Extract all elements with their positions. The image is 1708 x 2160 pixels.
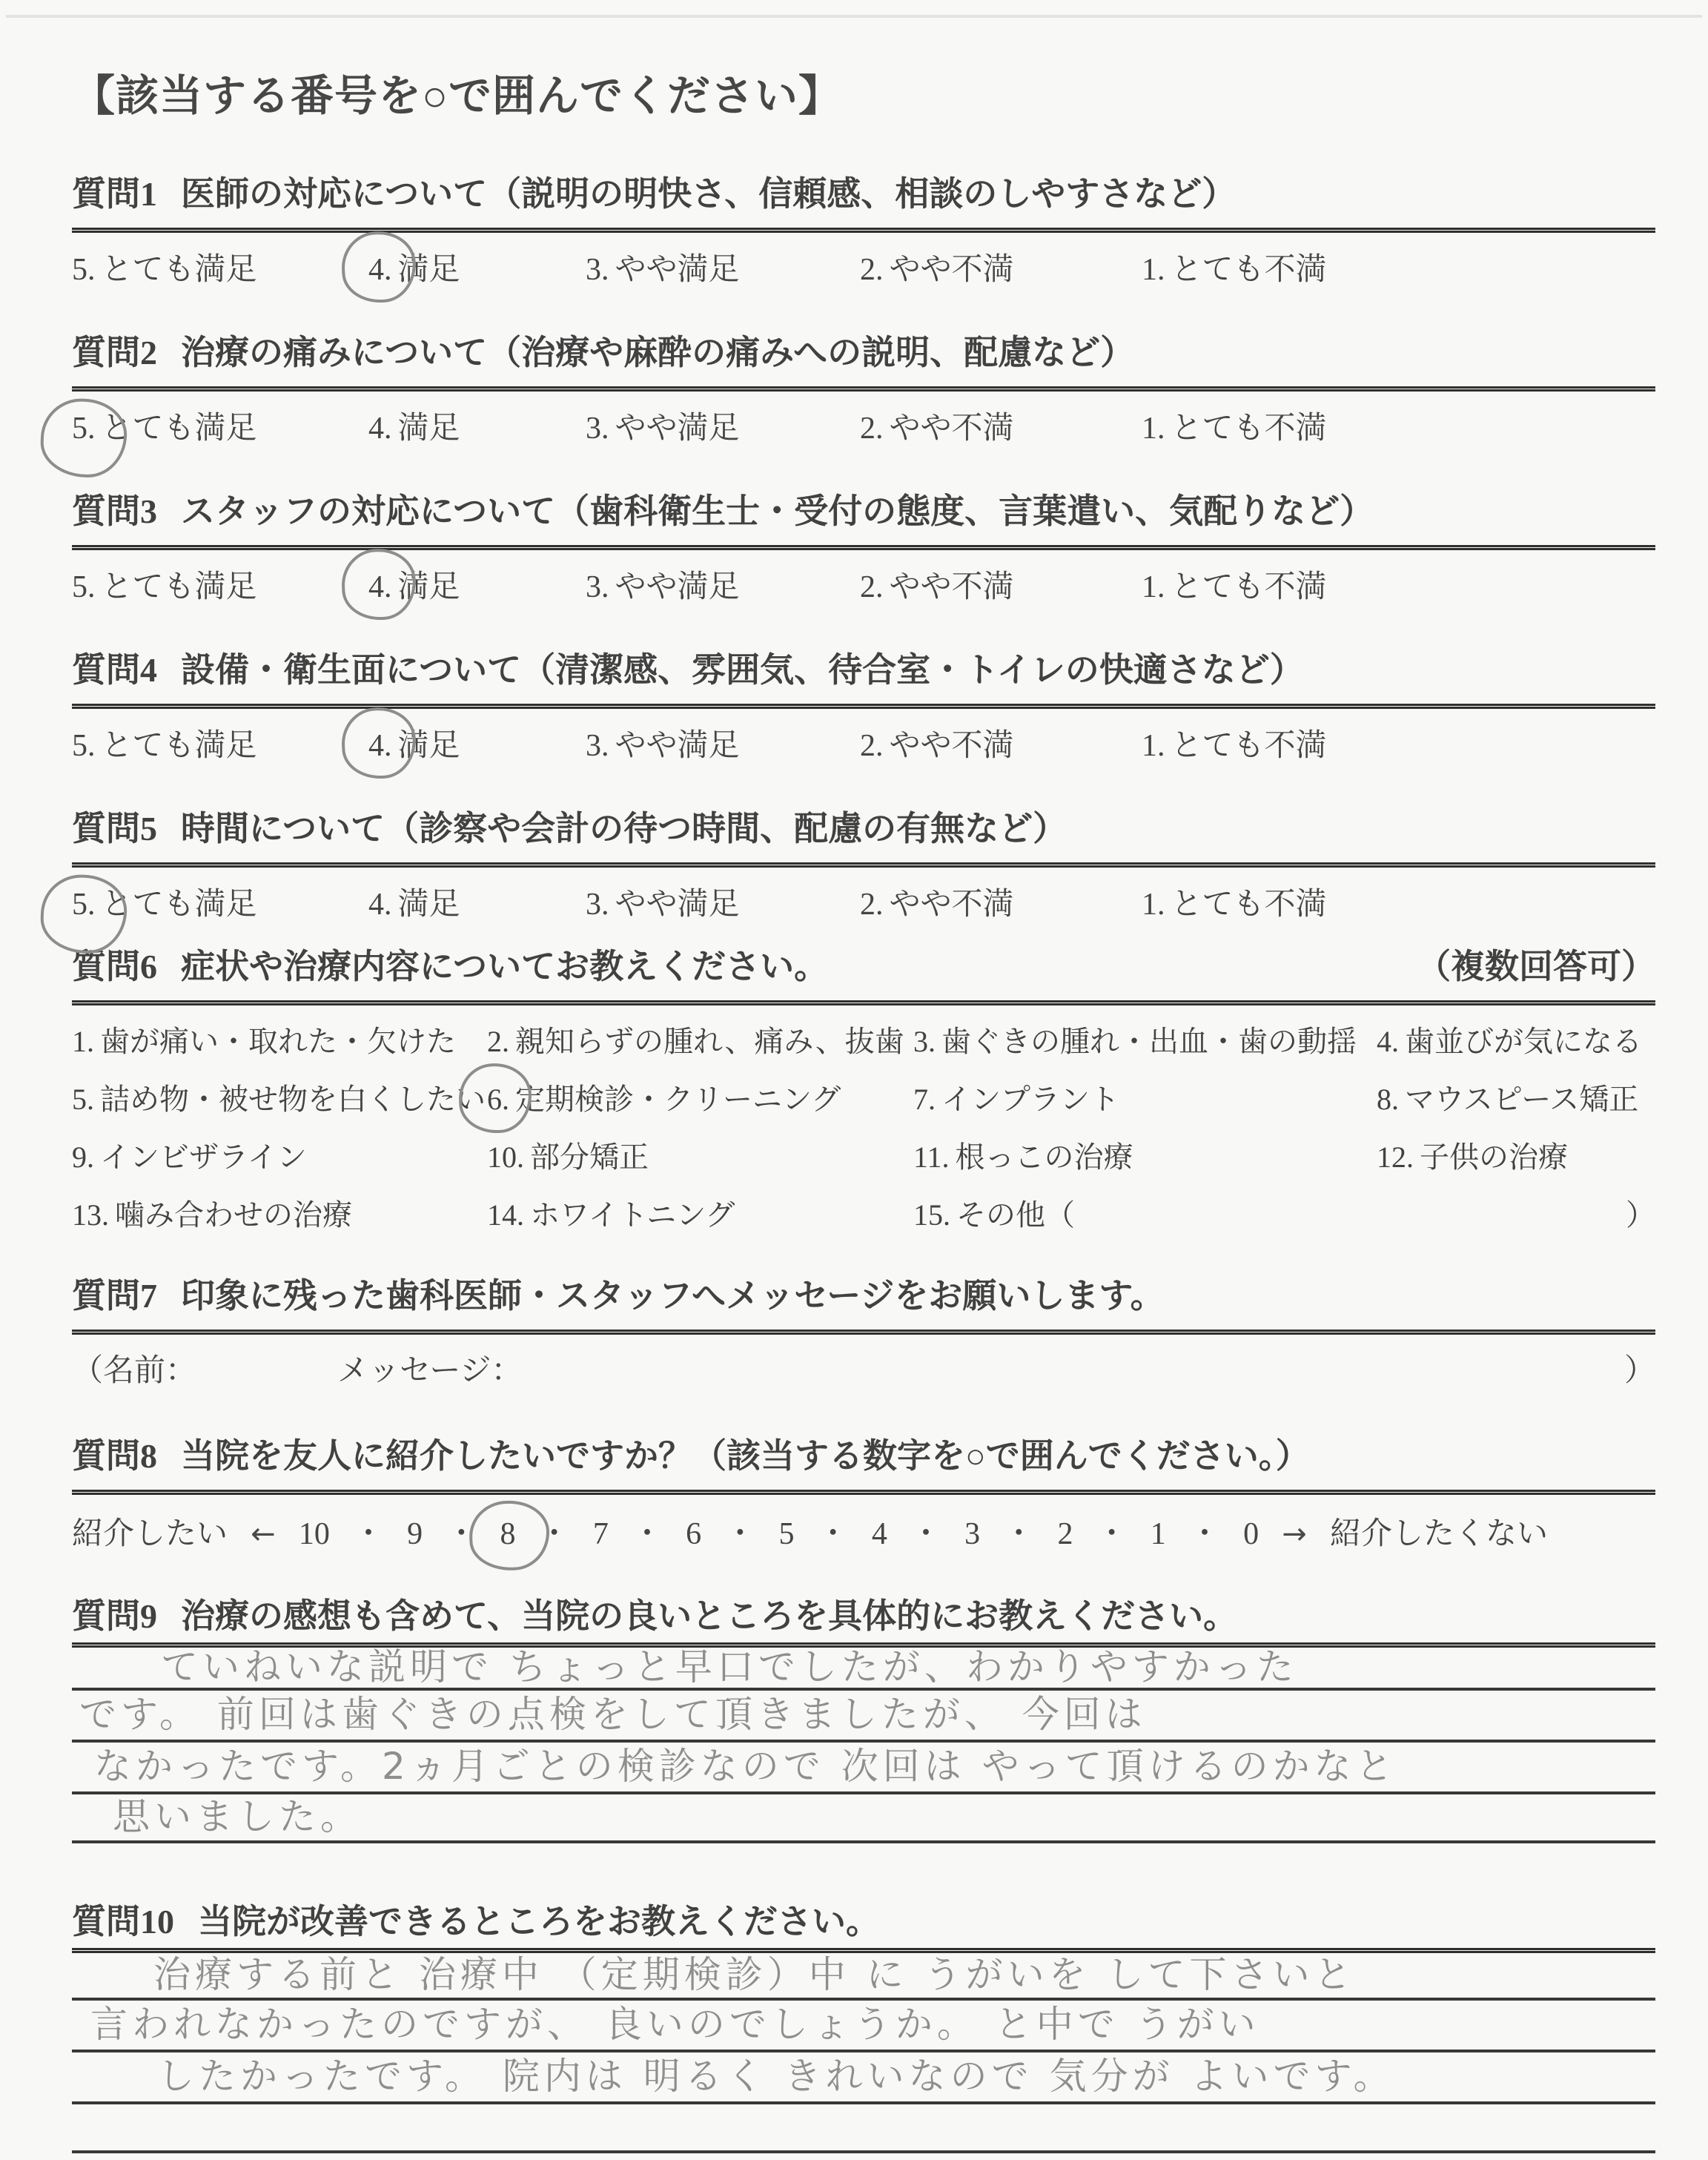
- option-number: 3.: [586, 251, 609, 289]
- rating-option-4: 4.満足: [368, 251, 586, 289]
- rating-option-5: 5.とても満足: [72, 409, 368, 448]
- question-1-heading: 質問1 医師の対応について（説明の明快さ、信頼感、相談のしやすさなど）: [72, 174, 1655, 214]
- rating-options: 5.とても満足 4.満足 3.やや満足 2.やや不満 1.とても不満: [72, 409, 1655, 448]
- option-label: マウスピース矯正: [1405, 1081, 1638, 1118]
- option-number: 2.: [860, 409, 884, 448]
- rating-option-1: 1.とても不満: [1142, 251, 1327, 289]
- handwritten-answer-line: ていねいな説明で ちょっと早口でしたが、わかりやすかった: [72, 1648, 1655, 1691]
- nps-right-label: 紹介したくない: [1330, 1514, 1548, 1554]
- option-number: 5.: [72, 727, 96, 765]
- option-label: ホワイトニング: [530, 1197, 735, 1234]
- option-number: 12.: [1377, 1139, 1414, 1176]
- option-label: インプラント: [941, 1081, 1119, 1118]
- rating-options: 5.とても満足 4.満足 3.やや満足 2.やや不満 1.とても不満: [72, 727, 1655, 765]
- rating-option-2: 2.やや不満: [860, 409, 1142, 448]
- symptom-option-3: 3.歯ぐきの腫れ・出血・歯の動揺: [913, 1023, 1377, 1060]
- question-3-heading: 質問3 スタッフの対応について（歯科衛生士・受付の態度、言葉遣い、気配りなど）: [72, 491, 1655, 532]
- option-label: 満足: [398, 251, 460, 289]
- question-topic: 症状や治療内容についてお教えください。: [181, 948, 828, 985]
- question-topic: 治療の痛みについて（治療や麻酔の痛みへの説明、配慮など）: [181, 332, 1134, 373]
- symptom-option-12: 12.子供の治療: [1377, 1139, 1655, 1176]
- option-number: 1.: [1142, 251, 1165, 289]
- option-number: 4.: [368, 409, 392, 448]
- dot-separator: ・: [1189, 1514, 1220, 1554]
- rating-options: 5.とても満足 4.満足 3.やや満足 2.やや不満 1.とても不満: [72, 251, 1655, 289]
- nps-number-6: 6: [686, 1514, 701, 1554]
- nps-number-1: 1: [1151, 1514, 1166, 1554]
- option-label: 部分矯正: [530, 1139, 649, 1176]
- right-arrow-icon: →: [1282, 1514, 1307, 1554]
- option-number: 13.: [72, 1197, 109, 1234]
- option-number: 15.: [913, 1197, 950, 1234]
- nps-number-7: 7: [593, 1514, 609, 1554]
- question-6: 質問6症状や治療内容についてお教えください。 （複数回答可） 1.歯が痛い・取れ…: [72, 946, 1655, 1255]
- nps-number-0: 0: [1243, 1514, 1259, 1554]
- option-number: 5.: [72, 251, 96, 289]
- option-label: 詰め物・被せ物を白くしたい: [100, 1081, 486, 1118]
- option-label: とても満足: [102, 885, 257, 924]
- nps-number-5: 5: [778, 1514, 794, 1554]
- question-2: 質問2 治療の痛みについて（治療や麻酔の痛みへの説明、配慮など） 5.とても満足…: [72, 332, 1655, 448]
- symptom-option-9: 9.インビザライン: [72, 1139, 487, 1176]
- option-number: 5.: [72, 1081, 94, 1118]
- option-label: とても不満: [1171, 727, 1327, 765]
- heading-rule: [72, 862, 1655, 868]
- dot-separator: ・: [539, 1514, 570, 1554]
- rating-options: 5.とても満足 4.満足 3.やや満足 2.やや不満 1.とても不満: [72, 568, 1655, 607]
- rating-option-2: 2.やや不満: [860, 568, 1142, 607]
- question-topic: 当院が改善できるところをお教えください。: [198, 1901, 880, 1942]
- option-label: 満足: [398, 568, 460, 607]
- option-label: とても満足: [102, 727, 257, 765]
- question-topic: 医師の対応について（説明の明快さ、信頼感、相談のしやすさなど）: [181, 174, 1236, 214]
- question-7-heading: 質問7 印象に残った歯科医師・スタッフへメッセージをお願いします。: [72, 1275, 1655, 1316]
- option-label: やや不満: [890, 885, 1014, 924]
- symptom-option-11: 11.根っこの治療: [913, 1139, 1377, 1176]
- option-number: 6.: [487, 1081, 509, 1118]
- heading-rule: [72, 704, 1655, 709]
- nps-left-label: 紹介したい: [72, 1514, 228, 1554]
- option-label: やや不満: [890, 568, 1014, 607]
- rating-option-5: 5.とても満足: [72, 251, 368, 289]
- symptom-option-7: 7.インプラント: [913, 1081, 1377, 1118]
- nps-number-4: 4: [872, 1514, 887, 1554]
- question-number: 質問6: [72, 948, 157, 985]
- rating-option-3: 3.やや満足: [586, 568, 860, 607]
- rating-options: 5.とても満足 4.満足 3.やや満足 2.やや不満 1.とても不満: [72, 885, 1655, 924]
- option-number: 14.: [487, 1197, 524, 1234]
- heading-rule: [72, 228, 1655, 233]
- option-label: とても不満: [1171, 568, 1327, 607]
- symptom-options-grid: 1.歯が痛い・取れた・欠けた 2.親知らずの腫れ、痛み、抜歯 3.歯ぐきの腫れ・…: [72, 1023, 1655, 1255]
- symptom-option-14: 14.ホワイトニング: [487, 1197, 913, 1234]
- message-label: メッセージ：: [337, 1353, 522, 1390]
- question-topic: スタッフの対応について（歯科衛生士・受付の態度、言葉遣い、気配りなど）: [181, 491, 1374, 532]
- question-topic: 印象に残った歯科医師・スタッフへメッセージをお願いします。: [181, 1275, 1165, 1316]
- option-label: その他（: [956, 1197, 1075, 1234]
- handwritten-answer-line: 思いました。: [72, 1794, 1655, 1843]
- dot-separator: ・: [910, 1514, 941, 1554]
- message-blank-field: [523, 1353, 1624, 1390]
- nps-number-2: 2: [1057, 1514, 1073, 1554]
- option-number: 2.: [860, 885, 884, 924]
- question-9: 質問9 治療の感想も含めて、当院の良いところを具体的にお教えください。 ていねい…: [72, 1596, 1655, 1843]
- rating-option-5: 5.とても満足: [72, 885, 368, 924]
- option-number: 4.: [1377, 1023, 1399, 1060]
- question-5-heading: 質問5 時間について（診察や会計の待つ時間、配慮の有無など）: [72, 808, 1655, 849]
- question-number: 質問10: [72, 1901, 174, 1942]
- option-label: インビザライン: [100, 1139, 307, 1176]
- question-topic: 当院を友人に紹介したいですか？（該当する数字を○で囲んでください。）: [181, 1436, 1310, 1476]
- dot-separator: ・: [1003, 1514, 1034, 1554]
- rating-option-5: 5.とても満足: [72, 727, 368, 765]
- nps-number-3: 3: [964, 1514, 980, 1554]
- nps-number-8: 8: [500, 1514, 516, 1554]
- question-10: 質問10 当院が改善できるところをお教えください。 治療する前と 治療中 （定期…: [72, 1901, 1655, 2153]
- option-label: やや満足: [615, 568, 740, 607]
- handwritten-answer-line: [72, 2104, 1655, 2153]
- option-number: 4.: [368, 251, 392, 289]
- rating-option-1: 1.とても不満: [1142, 409, 1327, 448]
- question-number: 質問1: [72, 174, 157, 214]
- nps-scale-row: 紹介したい ← 10 ・ 9 ・ 8 ・ 7 ・ 6 ・ 5 ・ 4 ・ 3 ・…: [72, 1514, 1655, 1554]
- question-8: 質問8 当院を友人に紹介したいですか？（該当する数字を○で囲んでください。） 紹…: [72, 1436, 1655, 1554]
- rating-option-4: 4.満足: [368, 568, 586, 607]
- multi-answer-note: （複数回答可）: [1417, 946, 1655, 987]
- heading-rule: [72, 1490, 1655, 1495]
- dot-separator: ・: [446, 1514, 477, 1554]
- dot-separator: ・: [724, 1514, 755, 1554]
- option-number: 7.: [913, 1081, 936, 1118]
- option-label: とても不満: [1171, 409, 1327, 448]
- handwritten-answer-line: したかったです。 院内は 明るく きれいなので 気分が よいです。: [72, 2052, 1655, 2104]
- rating-option-1: 1.とても不満: [1142, 885, 1327, 924]
- dot-separator: ・: [353, 1514, 384, 1554]
- question-1: 質問1 医師の対応について（説明の明快さ、信頼感、相談のしやすさなど） 5.とて…: [72, 174, 1655, 289]
- option-label: 子供の治療: [1420, 1139, 1568, 1176]
- rating-option-3: 3.やや満足: [586, 885, 860, 924]
- question-number: 質問4: [72, 650, 157, 690]
- handwritten-answer-line: 言われなかったのですが、 良いのでしょうか。 と中で うがい: [72, 2001, 1655, 2052]
- question-4: 質問4 設備・衛生面について（清潔感、雰囲気、待合室・トイレの快適さなど） 5.…: [72, 650, 1655, 765]
- survey-sheet: 【該当する番号を○で囲んでください】 質問1 医師の対応について（説明の明快さ、…: [0, 0, 1708, 2153]
- rating-option-1: 1.とても不満: [1142, 568, 1327, 607]
- symptom-option-1: 1.歯が痛い・取れた・欠けた: [72, 1023, 487, 1060]
- question-topic: 治療の感想も含めて、当院の良いところを具体的にお教えください。: [181, 1596, 1237, 1636]
- option-number: 3.: [586, 409, 609, 448]
- option-label: やや不満: [890, 409, 1014, 448]
- name-message-row: （名前： メッセージ： ）: [72, 1353, 1655, 1390]
- option-number: 10.: [487, 1139, 524, 1176]
- option-number: 1.: [1142, 568, 1165, 607]
- option-label: やや満足: [615, 409, 740, 448]
- other-close-paren: ）: [1626, 1197, 1655, 1234]
- left-arrow-icon: ←: [251, 1514, 276, 1554]
- option-label: やや不満: [890, 727, 1014, 765]
- rating-option-3: 3.やや満足: [586, 409, 860, 448]
- option-label: 歯並びが気になる: [1405, 1023, 1642, 1060]
- question-number: 質問9: [72, 1596, 157, 1636]
- heading-rule: [72, 545, 1655, 550]
- rating-option-4: 4.満足: [368, 885, 586, 924]
- option-label: とても満足: [102, 568, 257, 607]
- option-number: 5.: [72, 568, 96, 607]
- option-number: 9.: [72, 1139, 94, 1176]
- heading-rule: [72, 1000, 1655, 1005]
- scan-edge-line: [6, 15, 1702, 18]
- option-number: 11.: [913, 1139, 950, 1176]
- option-number: 1.: [1142, 409, 1165, 448]
- heading-rule: [72, 386, 1655, 392]
- question-number: 質問5: [72, 808, 157, 849]
- dot-separator: ・: [1096, 1514, 1128, 1554]
- rating-option-3: 3.やや満足: [586, 251, 860, 289]
- option-label: 満足: [398, 885, 460, 924]
- option-label: 定期検診・クリーニング: [515, 1081, 841, 1118]
- option-number: 3.: [586, 568, 609, 607]
- option-label: やや満足: [615, 251, 740, 289]
- option-number: 8.: [1377, 1081, 1399, 1118]
- option-label: やや満足: [615, 885, 740, 924]
- option-label: やや満足: [615, 727, 740, 765]
- option-number: 1.: [1142, 885, 1165, 924]
- question-topic: 時間について（診察や会計の待つ時間、配慮の有無など）: [181, 808, 1067, 849]
- option-number: 2.: [860, 251, 884, 289]
- question-8-heading: 質問8 当院を友人に紹介したいですか？（該当する数字を○で囲んでください。）: [72, 1436, 1655, 1476]
- option-label: 満足: [398, 409, 460, 448]
- option-number: 2.: [487, 1023, 509, 1060]
- question-number: 質問3: [72, 491, 157, 532]
- option-number: 3.: [913, 1023, 936, 1060]
- option-number: 4.: [368, 727, 392, 765]
- option-label: やや不満: [890, 251, 1014, 289]
- option-number: 4.: [368, 885, 392, 924]
- option-number: 1.: [1142, 727, 1165, 765]
- option-label: 満足: [398, 727, 460, 765]
- question-number: 質問2: [72, 332, 157, 373]
- question-heading-left: 質問6症状や治療内容についてお教えください。: [72, 946, 828, 987]
- option-number: 1.: [72, 1023, 94, 1060]
- option-number: 3.: [586, 885, 609, 924]
- nps-number-10: 10: [299, 1514, 330, 1554]
- dot-separator: ・: [818, 1514, 849, 1554]
- option-label: とても満足: [102, 409, 257, 448]
- rating-option-5: 5.とても満足: [72, 568, 368, 607]
- symptom-option-8: 8.マウスピース矯正: [1377, 1081, 1655, 1118]
- rating-option-1: 1.とても不満: [1142, 727, 1327, 765]
- question-number: 質問7: [72, 1275, 157, 1316]
- symptom-option-6: 6.定期検診・クリーニング: [487, 1081, 913, 1118]
- option-number: 5.: [72, 885, 96, 924]
- handwritten-answer-line: なかったです。2ヵ月ごとの検診なので 次回は やって頂けるのかなと: [72, 1743, 1655, 1794]
- symptom-option-2: 2.親知らずの腫れ、痛み、抜歯: [487, 1023, 913, 1060]
- option-label: とても不満: [1171, 251, 1327, 289]
- option-number: 4.: [368, 568, 392, 607]
- question-6-heading: 質問6症状や治療内容についてお教えください。 （複数回答可）: [72, 946, 1655, 987]
- rating-option-2: 2.やや不満: [860, 885, 1142, 924]
- dot-separator: ・: [632, 1514, 663, 1554]
- handwritten-answer-line: です。 前回は歯ぐきの点検をして頂きましたが、 今回は: [72, 1691, 1655, 1743]
- symptom-option-5: 5.詰め物・被せ物を白くしたい: [72, 1081, 487, 1118]
- question-3: 質問3 スタッフの対応について（歯科衛生士・受付の態度、言葉遣い、気配りなど） …: [72, 491, 1655, 607]
- symptom-option-13: 13.噛み合わせの治療: [72, 1197, 487, 1234]
- rating-option-4: 4.満足: [368, 727, 586, 765]
- question-topic: 設備・衛生面について（清潔感、雰囲気、待合室・トイレの快適さなど）: [181, 650, 1304, 690]
- rating-option-2: 2.やや不満: [860, 727, 1142, 765]
- handwritten-answer-line: 治療する前と 治療中 （定期検診）中 に うがいを して下さいと: [72, 1953, 1655, 2001]
- symptom-option-4: 4.歯並びが気になる: [1377, 1023, 1655, 1060]
- name-label: （名前：: [72, 1353, 196, 1390]
- question-10-heading: 質問10 当院が改善できるところをお教えください。: [72, 1901, 1655, 1942]
- nps-number-9: 9: [407, 1514, 423, 1554]
- symptom-option-15-other: 15.その他（: [913, 1197, 1377, 1234]
- close-paren: ）: [1624, 1353, 1655, 1390]
- rating-option-4: 4.満足: [368, 409, 586, 448]
- option-label: 歯が痛い・取れた・欠けた: [100, 1023, 456, 1060]
- option-label: とても満足: [102, 251, 257, 289]
- option-label: 歯ぐきの腫れ・出血・歯の動揺: [941, 1023, 1357, 1060]
- option-number: 2.: [860, 568, 884, 607]
- page-title: 【該当する番号を○で囲んでください】: [72, 0, 1655, 123]
- option-label: 根っこの治療: [956, 1139, 1133, 1176]
- question-4-heading: 質問4 設備・衛生面について（清潔感、雰囲気、待合室・トイレの快適さなど）: [72, 650, 1655, 690]
- question-7: 質問7 印象に残った歯科医師・スタッフへメッセージをお願いします。 （名前： メ…: [72, 1275, 1655, 1390]
- option-number: 5.: [72, 409, 96, 448]
- heading-rule: [72, 1330, 1655, 1335]
- option-number: 2.: [860, 727, 884, 765]
- option-label: とても不満: [1171, 885, 1327, 924]
- heading-rule: [72, 1948, 1655, 1953]
- option-number: 3.: [586, 727, 609, 765]
- question-number: 質問8: [72, 1436, 157, 1476]
- question-2-heading: 質問2 治療の痛みについて（治療や麻酔の痛みへの説明、配慮など）: [72, 332, 1655, 373]
- question-9-heading: 質問9 治療の感想も含めて、当院の良いところを具体的にお教えください。: [72, 1596, 1655, 1636]
- question-5: 質問5 時間について（診察や会計の待つ時間、配慮の有無など） 5.とても満足 4…: [72, 808, 1655, 924]
- option-label: 噛み合わせの治療: [115, 1197, 352, 1234]
- rating-option-3: 3.やや満足: [586, 727, 860, 765]
- option-label: 親知らずの腫れ、痛み、抜歯: [515, 1023, 904, 1060]
- symptom-option-10: 10.部分矯正: [487, 1139, 913, 1176]
- rating-option-2: 2.やや不満: [860, 251, 1142, 289]
